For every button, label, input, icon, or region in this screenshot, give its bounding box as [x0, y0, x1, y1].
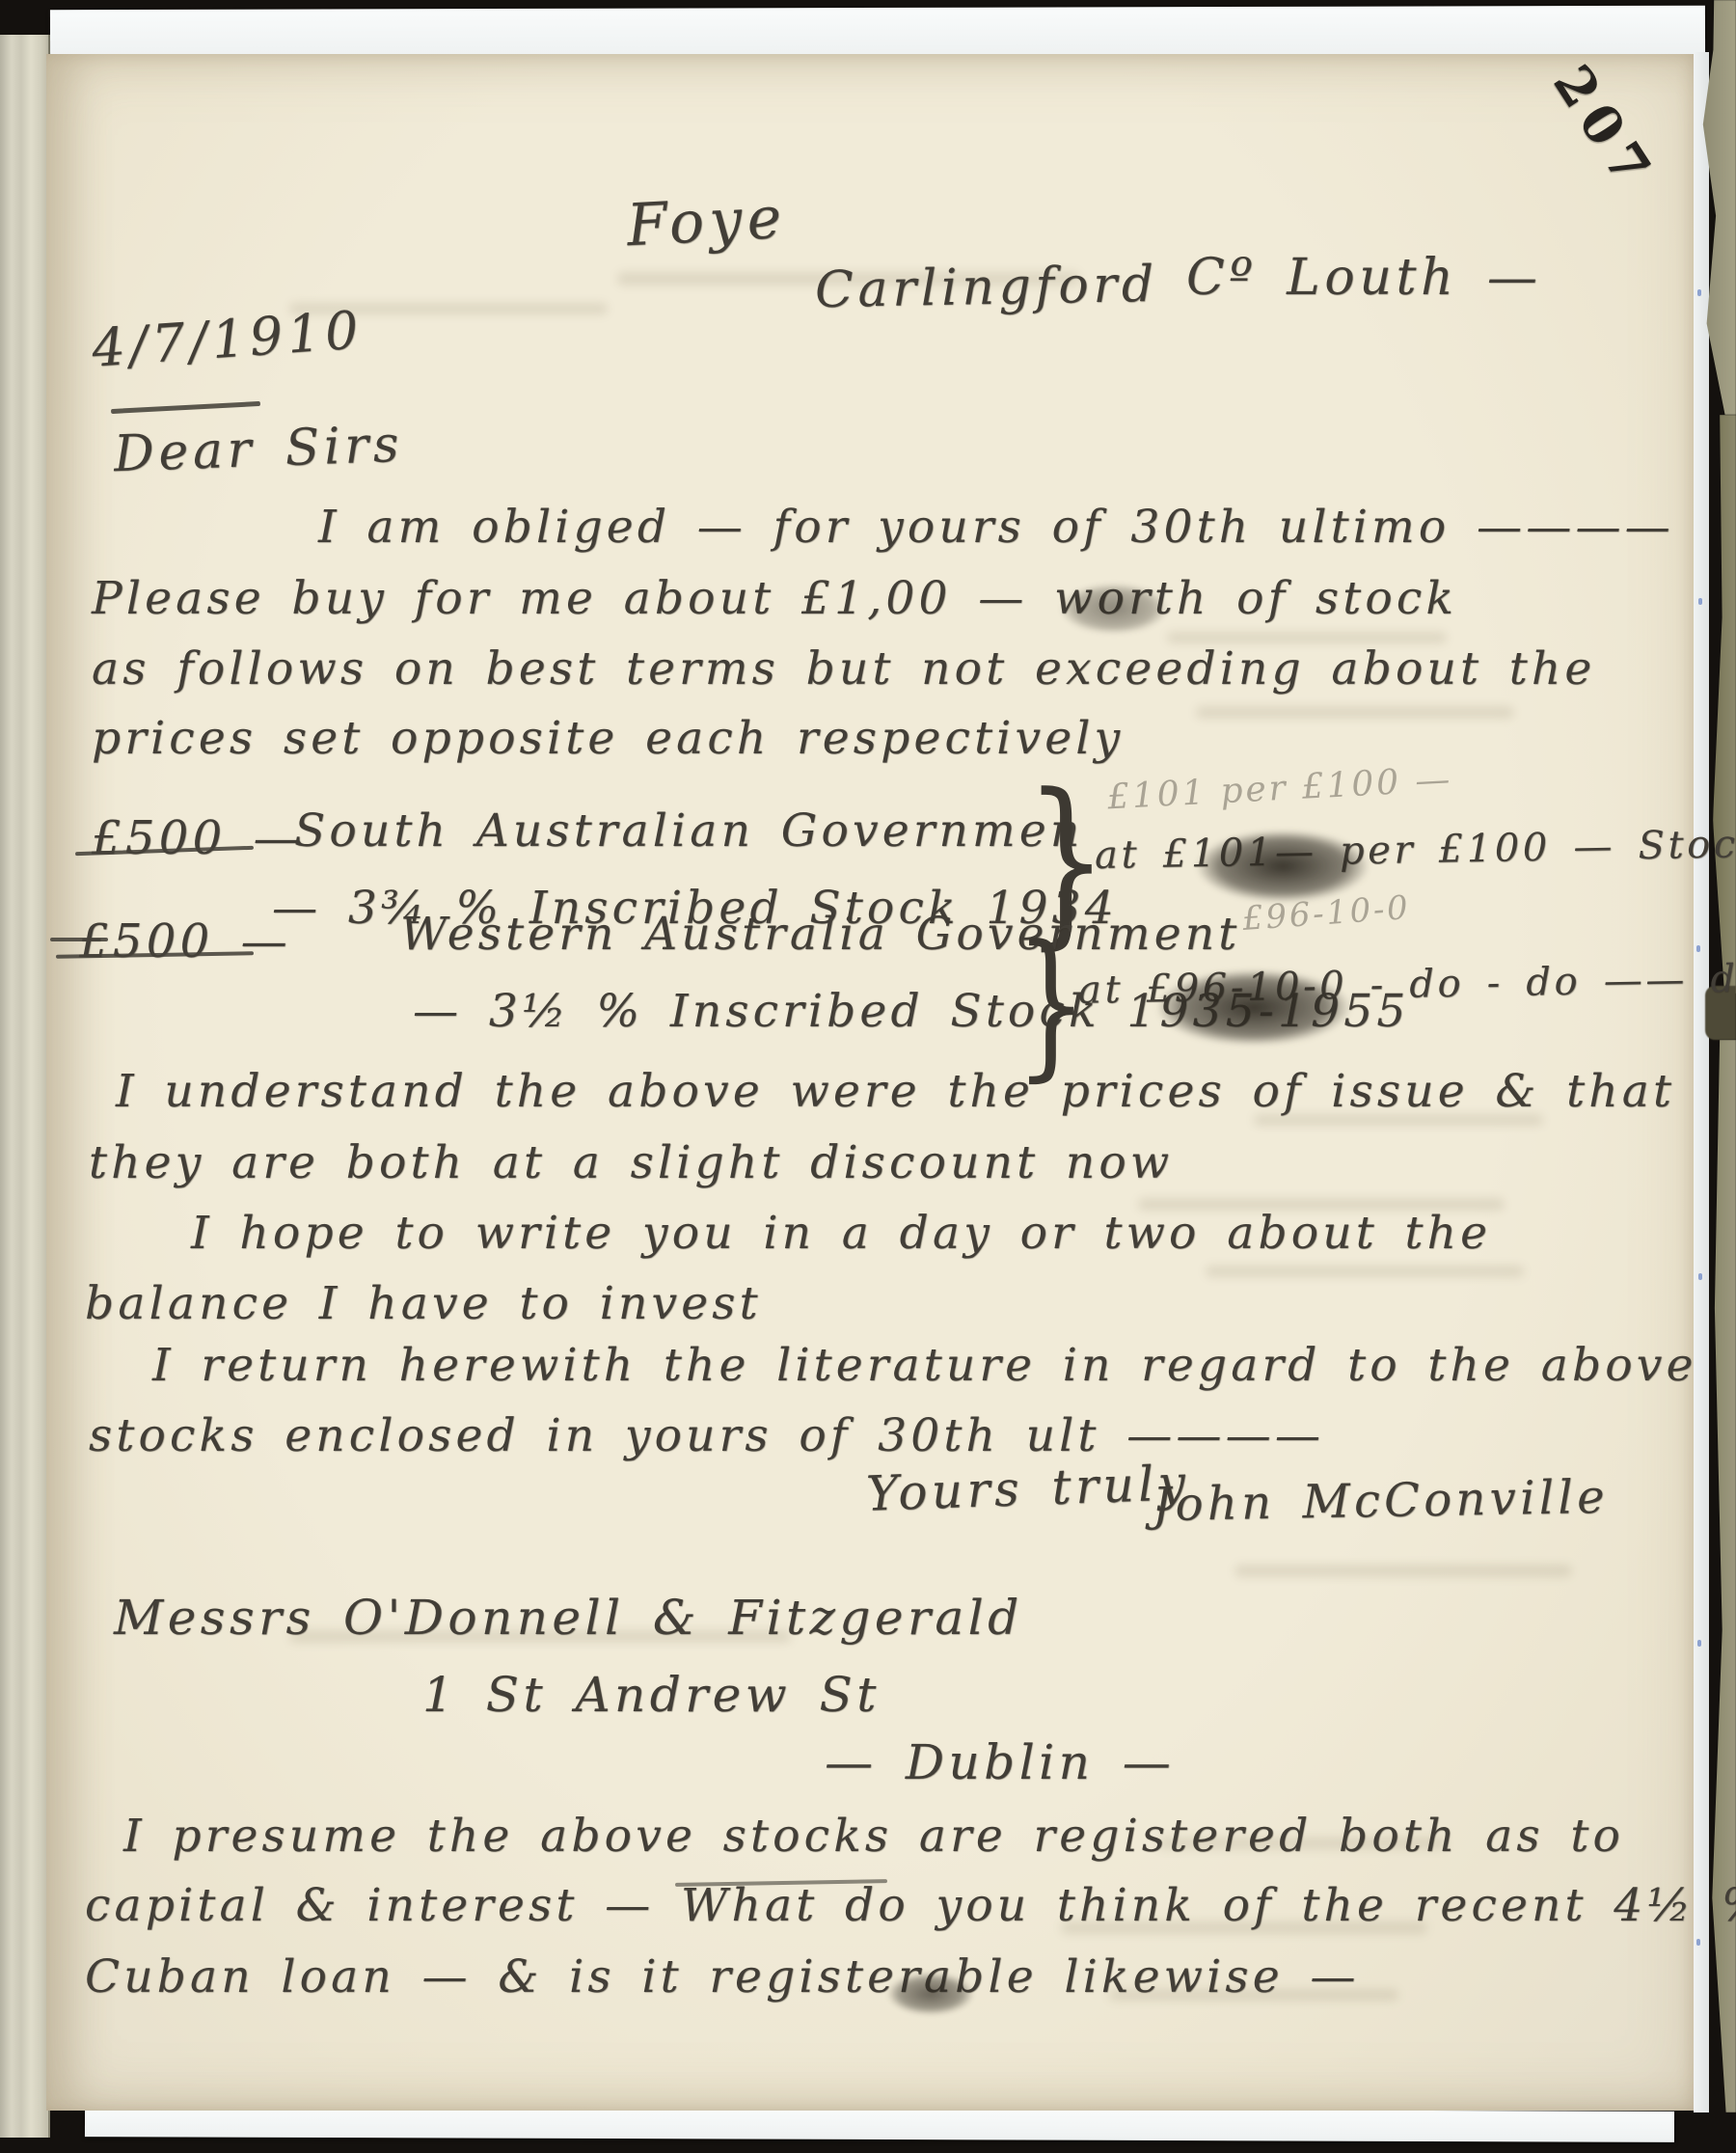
strikethrough-stroke: [50, 938, 108, 941]
ghost-showthrough: [1206, 1266, 1524, 1277]
valediction: Yours truly: [865, 1458, 1190, 1518]
postscript-line: capital & interest — What do you think o…: [85, 1883, 1736, 1928]
marbled-edge-dot: [1698, 1273, 1702, 1280]
body-line: as follows on best terms but not exceedi…: [92, 646, 1595, 692]
body-line: I return herewith the literature in rega…: [152, 1343, 1697, 1388]
page-edge-stack: [0, 35, 50, 2138]
postscript-line: Cuban loan — & is it registerable likewi…: [85, 1954, 1360, 2000]
stock-name-line: South Australian Governmen: [294, 808, 1083, 854]
letterhead-house: Foye: [626, 189, 788, 256]
recipient-line: — Dublin —: [825, 1738, 1175, 1786]
salutation: Dear Sirs: [113, 420, 404, 479]
ghost-showthrough: [1196, 706, 1514, 719]
body-line: prices set opposite each respectively: [92, 716, 1124, 761]
letterbook-scan: 207 Foye Carlingford Cº Louth — 4/7/1910…: [0, 0, 1736, 2153]
marbled-edge-dot: [1697, 289, 1701, 296]
torn-page-fragment: [1713, 415, 1736, 994]
recipient-line: 1 St Andrew St: [422, 1671, 881, 1719]
stock-name-line: Western Australia Government: [400, 912, 1240, 957]
stock-brace: }: [1015, 925, 1088, 1084]
letterhead-town: Carlingford: [815, 259, 1159, 315]
recipient-line: Messrs O'Donnell & Fitzgerald: [114, 1594, 1023, 1642]
deckle-white-edge: [1694, 52, 1709, 2112]
torn-page-fragment: [1711, 1040, 1736, 2112]
letterhead-county: Cº Louth —: [1186, 253, 1542, 303]
interleaf-bottom: [85, 2106, 1674, 2142]
marbled-edge-dot: [1696, 1939, 1700, 1946]
postscript-line: I presume the above stocks are registere…: [123, 1813, 1624, 1859]
marbled-edge-dot: [1696, 945, 1700, 952]
stock-amount: £500 —: [92, 815, 304, 861]
body-line: they are both at a slight discount now: [89, 1140, 1173, 1186]
ink-smudge: [1042, 575, 1186, 642]
body-line: I am obliged — for yours of 30th ultimo …: [318, 504, 1674, 550]
interleaf-top: [50, 6, 1705, 60]
marbled-edge-dot: [1697, 1640, 1701, 1647]
marbled-edge-dot: [1698, 598, 1702, 605]
ink-smudge: [873, 1966, 989, 2022]
body-line: balance I have to invest: [85, 1281, 762, 1326]
signature: John McConville: [1153, 1474, 1610, 1528]
body-line: I understand the above were the prices o…: [116, 1069, 1675, 1114]
body-line: I hope to write you in a day or two abou…: [191, 1211, 1491, 1256]
body-line: Please buy for me about £1,00 — worth of…: [92, 576, 1457, 621]
stock-amount: £500 —: [79, 918, 291, 965]
ink-smudge: [1124, 957, 1384, 1058]
ghost-showthrough: [1234, 1565, 1572, 1577]
body-line: stocks enclosed in yours of 30th ult ———…: [89, 1413, 1324, 1458]
